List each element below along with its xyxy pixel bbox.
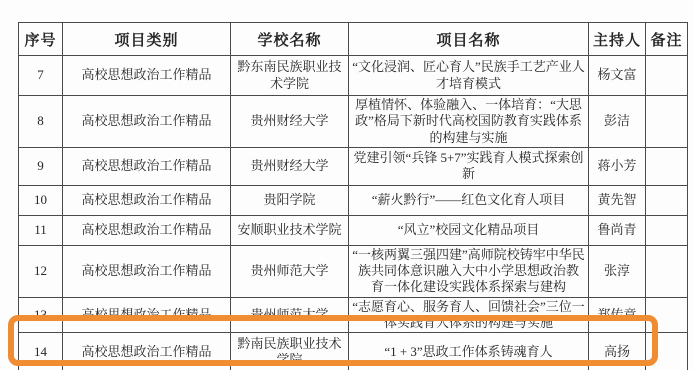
cell-project-name: “1 + 3”思政工作体系铸魂育人 (349, 333, 589, 370)
cell-school-name: 黔南民族职业技术学院 (231, 333, 349, 370)
table-body: 7 高校思想政治工作精品 黔东南民族职业技术学院 “文化浸润、匠心育人”民族手工… (19, 56, 688, 370)
cell-serial-number: 9 (19, 147, 63, 185)
cell-host: 彭洁 (589, 96, 646, 148)
cell-note (646, 245, 688, 297)
header-note: 备注 (646, 23, 688, 56)
cell-project-category: 高校思想政治工作精品 (63, 147, 231, 185)
cell-project-category: 高校思想政治工作精品 (63, 215, 231, 245)
cell-project-name: 党建引领“兵锋 5+7”实践育人模式探索创新 (349, 147, 589, 185)
cell-note (646, 333, 688, 370)
cell-host: 高扬 (589, 333, 646, 370)
cell-serial-number: 14 (19, 333, 63, 370)
cell-host: 郑传章 (589, 297, 646, 333)
cell-project-category: 高校思想政治工作精品 (63, 56, 231, 96)
table-row: 11 高校思想政治工作精品 安顺职业技术学院 “风立”校园文化精品项目 鲁尚青 (19, 215, 688, 245)
cell-note (646, 297, 688, 333)
cell-school-name: 安顺职业技术学院 (231, 215, 349, 245)
header-project-name: 项目名称 (349, 23, 589, 56)
document-page: { "table": { "headers": ["序号", "项目类别", "… (0, 0, 693, 370)
table-row: 8 高校思想政治工作精品 贵州财经大学 厚植情怀、体验融入、一体培育：“大思政”… (19, 96, 688, 148)
cell-serial-number: 12 (19, 245, 63, 297)
cell-project-category: 高校思想政治工作精品 (63, 185, 231, 215)
header-project-category: 项目类别 (63, 23, 231, 56)
cell-serial-number: 10 (19, 185, 63, 215)
header-row: 序号 项目类别 学校名称 项目名称 主持人 备注 (19, 23, 688, 56)
table-row: 9 高校思想政治工作精品 贵州财经大学 党建引领“兵锋 5+7”实践育人模式探索… (19, 147, 688, 185)
cell-project-category: 高校思想政治工作精品 (63, 333, 231, 370)
cell-note (646, 185, 688, 215)
table-row: 14 高校思想政治工作精品 黔南民族职业技术学院 “1 + 3”思政工作体系铸魂… (19, 333, 688, 370)
cell-project-category: 高校思想政治工作精品 (63, 96, 231, 148)
cell-project-name: “风立”校园文化精品项目 (349, 215, 589, 245)
cell-school-name: 贵州财经大学 (231, 96, 349, 148)
header-host: 主持人 (589, 23, 646, 56)
cell-host: 鲁尚青 (589, 215, 646, 245)
cell-note (646, 56, 688, 96)
table-row: 13 高校思想政治工作精品 贵州师范大学 “志愿育心、服务育人、回馈社会”三位一… (19, 297, 688, 333)
cell-note (646, 215, 688, 245)
cell-serial-number: 11 (19, 215, 63, 245)
cell-school-name: 贵州财经大学 (231, 147, 349, 185)
table-row: 12 高校思想政治工作精品 贵州师范大学 “一核两翼三强四建”高师院校铸牢中华民… (19, 245, 688, 297)
table-row: 7 高校思想政治工作精品 黔东南民族职业技术学院 “文化浸润、匠心育人”民族手工… (19, 56, 688, 96)
cell-school-name: 黔东南民族职业技术学院 (231, 56, 349, 96)
projects-table: 序号 项目类别 学校名称 项目名称 主持人 备注 7 高校思想政治工作精品 黔东… (18, 22, 688, 370)
cell-project-category: 高校思想政治工作精品 (63, 245, 231, 297)
cell-project-name: “薪火黔行”——红色文化育人项目 (349, 185, 589, 215)
cell-host: 蒋小芳 (589, 147, 646, 185)
table-header: 序号 项目类别 学校名称 项目名称 主持人 备注 (19, 23, 688, 56)
cell-serial-number: 8 (19, 96, 63, 148)
cell-project-name: 厚植情怀、体验融入、一体培育：“大思政”格局下新时代高校国防教育实践体系的构建与… (349, 96, 589, 148)
cell-project-name: “志愿育心、服务育人、回馈社会”三位一体实践育人体系的构建与实施 (349, 297, 589, 333)
cell-host: 杨文富 (589, 56, 646, 96)
cell-serial-number: 7 (19, 56, 63, 96)
cell-school-name: 贵州师范大学 (231, 245, 349, 297)
cell-serial-number: 13 (19, 297, 63, 333)
table-row: 10 高校思想政治工作精品 贵阳学院 “薪火黔行”——红色文化育人项目 黄先智 (19, 185, 688, 215)
header-school-name: 学校名称 (231, 23, 349, 56)
cell-project-name: “一核两翼三强四建”高师院校铸牢中华民族共同体意识融入大中小学思想政治教育一体化… (349, 245, 589, 297)
cell-note (646, 147, 688, 185)
cell-school-name: 贵州师范大学 (231, 297, 349, 333)
cell-host: 张淳 (589, 245, 646, 297)
cell-project-category: 高校思想政治工作精品 (63, 297, 231, 333)
cell-host: 黄先智 (589, 185, 646, 215)
cell-project-name: “文化浸润、匠心育人”民族手工艺产业人才培育模式 (349, 56, 589, 96)
cell-note (646, 96, 688, 148)
cell-school-name: 贵阳学院 (231, 185, 349, 215)
header-serial-number: 序号 (19, 23, 63, 56)
